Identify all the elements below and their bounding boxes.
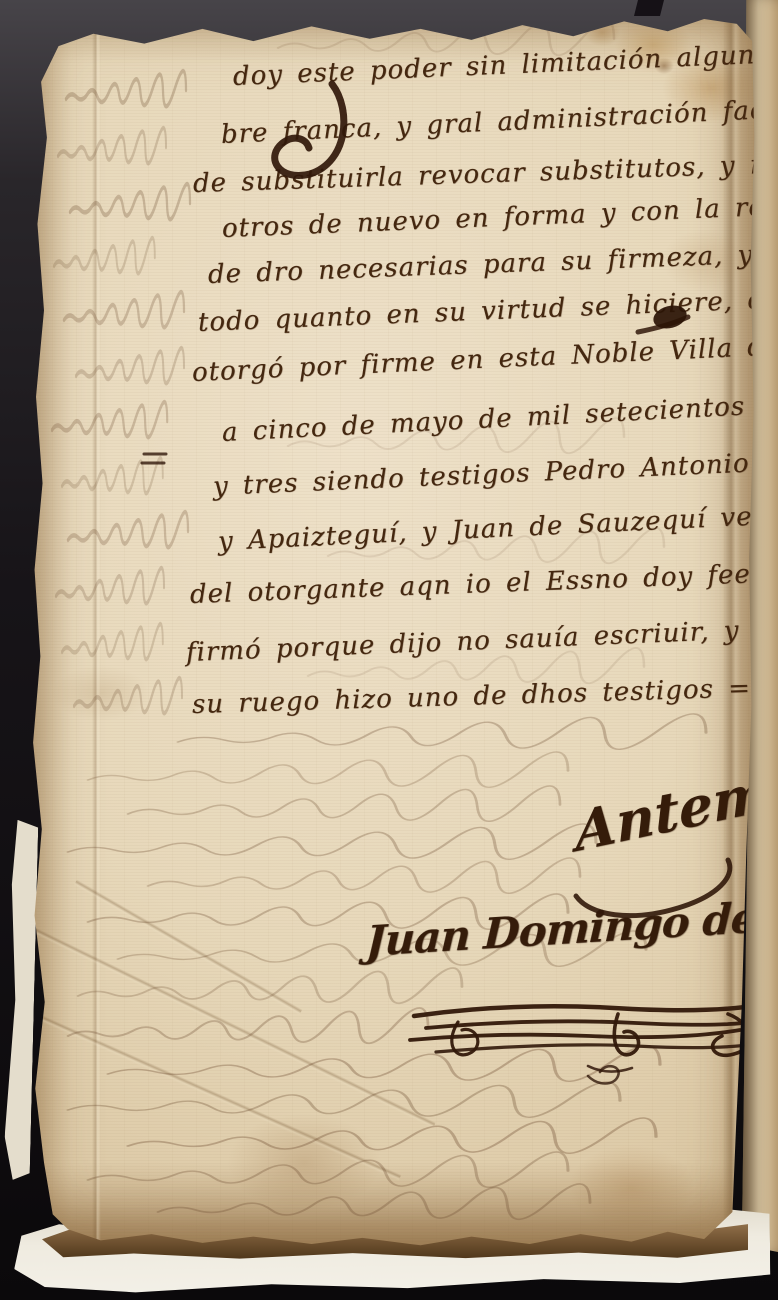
- manuscript-line: otorgó por firme en esta Noble Villa de …: [191, 327, 778, 389]
- manuscript-line: doy este poder sin limitación alguna: [232, 39, 772, 93]
- manuscript-line: bre franca, y gral administración facu: [220, 94, 778, 151]
- manuscript-line: su ruego hizo uno de dhos testigos =: [192, 673, 752, 721]
- manuscript-photo: doy este poder sin limitación alguna bre…: [0, 0, 778, 1300]
- manuscript-line: del otorgante aqn io el Essno doy fee co…: [189, 556, 778, 611]
- under-page-sliver: [4, 820, 39, 1181]
- manuscript-line: y Apaizteguí, y Juan de Sauzequí vecinos: [217, 498, 778, 558]
- diagonal-crease: [74, 879, 303, 1015]
- vertical-fold-crease: [92, 14, 101, 1249]
- manuscript-line: de substituirla revocar substitutos, y n…: [192, 149, 778, 201]
- equals-mark: [142, 454, 166, 463]
- manuscript-line: firmó porque dijo no sauía escriuir, y p…: [185, 612, 778, 669]
- manuscript-line: de dro necesarias para su firmeza, y val…: [207, 235, 778, 291]
- manuscript-line: todo quanto en su virtud se hiciere, obr…: [197, 281, 778, 339]
- manuscript-line: a cinco de mayo de mil setecientos y set…: [221, 386, 778, 449]
- manuscript-page: doy este poder sin limitación alguna bre…: [28, 14, 755, 1249]
- small-curl-mark: [588, 1066, 619, 1083]
- diagonal-crease: [15, 1004, 402, 1181]
- binding-strap: [634, 0, 664, 16]
- manuscript-line: y tres siendo testigos Pedro Antonio de …: [212, 445, 778, 503]
- signer-signature: Juan Domingo de Elola: [365, 885, 778, 966]
